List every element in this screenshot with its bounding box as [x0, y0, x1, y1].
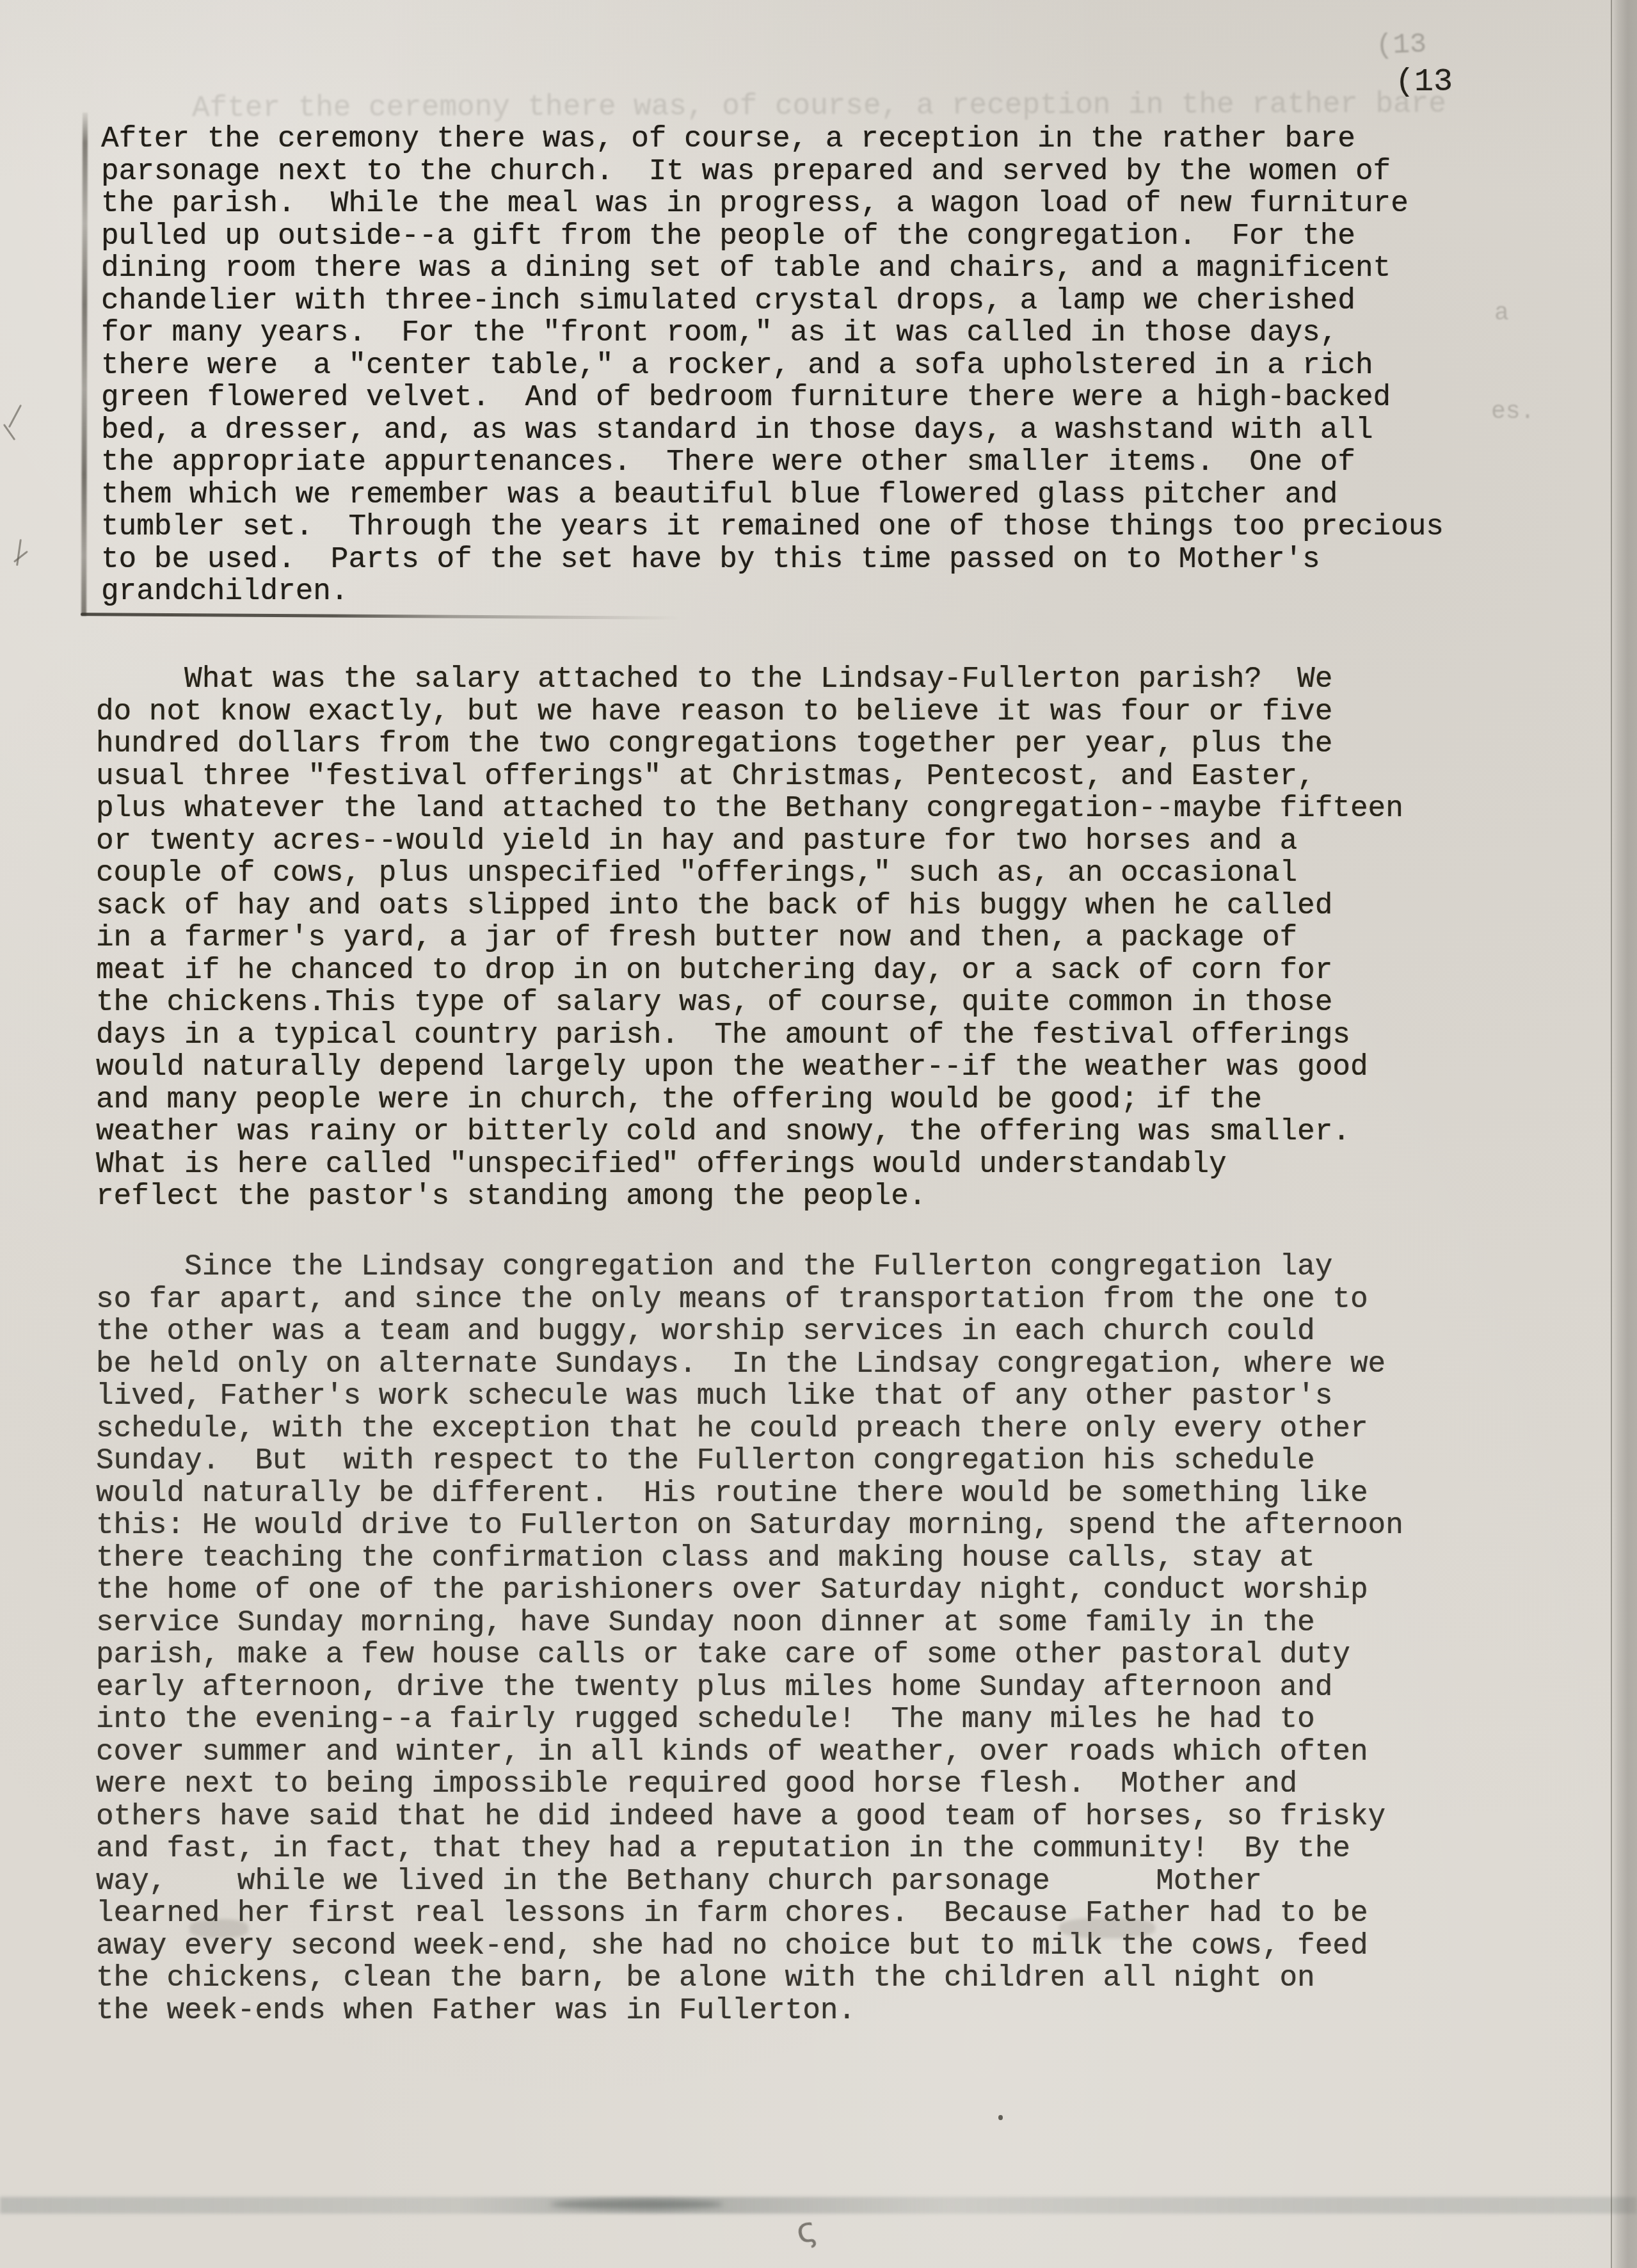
page-edge-shadow [1610, 0, 1637, 2268]
margin-pencil-mark [16, 539, 22, 566]
margin-pencil-mark [8, 405, 22, 428]
scanned-typewritten-page: After the ceremony there was, of course,… [0, 0, 1637, 2268]
scan-artifact-smudge [550, 2200, 723, 2209]
pasted-slip-left-edge-mark [81, 113, 88, 616]
ink-dot [998, 2115, 1003, 2120]
pencil-underline-mark [81, 613, 679, 620]
ghost-offset-line: After the ceremony there was, of course,… [192, 88, 1446, 125]
pencil-squiggle-mark: ς [792, 2208, 821, 2252]
paragraph-salary: What was the salary attached to the Lind… [96, 663, 1403, 1213]
ghost-fragment: a [1494, 300, 1509, 327]
erasure-smudge [1059, 1918, 1155, 1938]
margin-pencil-mark [13, 551, 28, 563]
ghost-page-number: (13 [1375, 29, 1427, 63]
page-edge-line [1611, 0, 1612, 2268]
scan-artifact-band [0, 2197, 1637, 2214]
paragraph-travel-schedule: Since the Lindsay congregation and the F… [96, 1251, 1403, 2027]
paragraph-reception-furniture: After the ceremony there was, of course,… [101, 123, 1444, 608]
page-number: (13 [1395, 64, 1453, 101]
ghost-fragment: es. [1491, 398, 1535, 426]
erasure-smudge [189, 1919, 248, 1938]
